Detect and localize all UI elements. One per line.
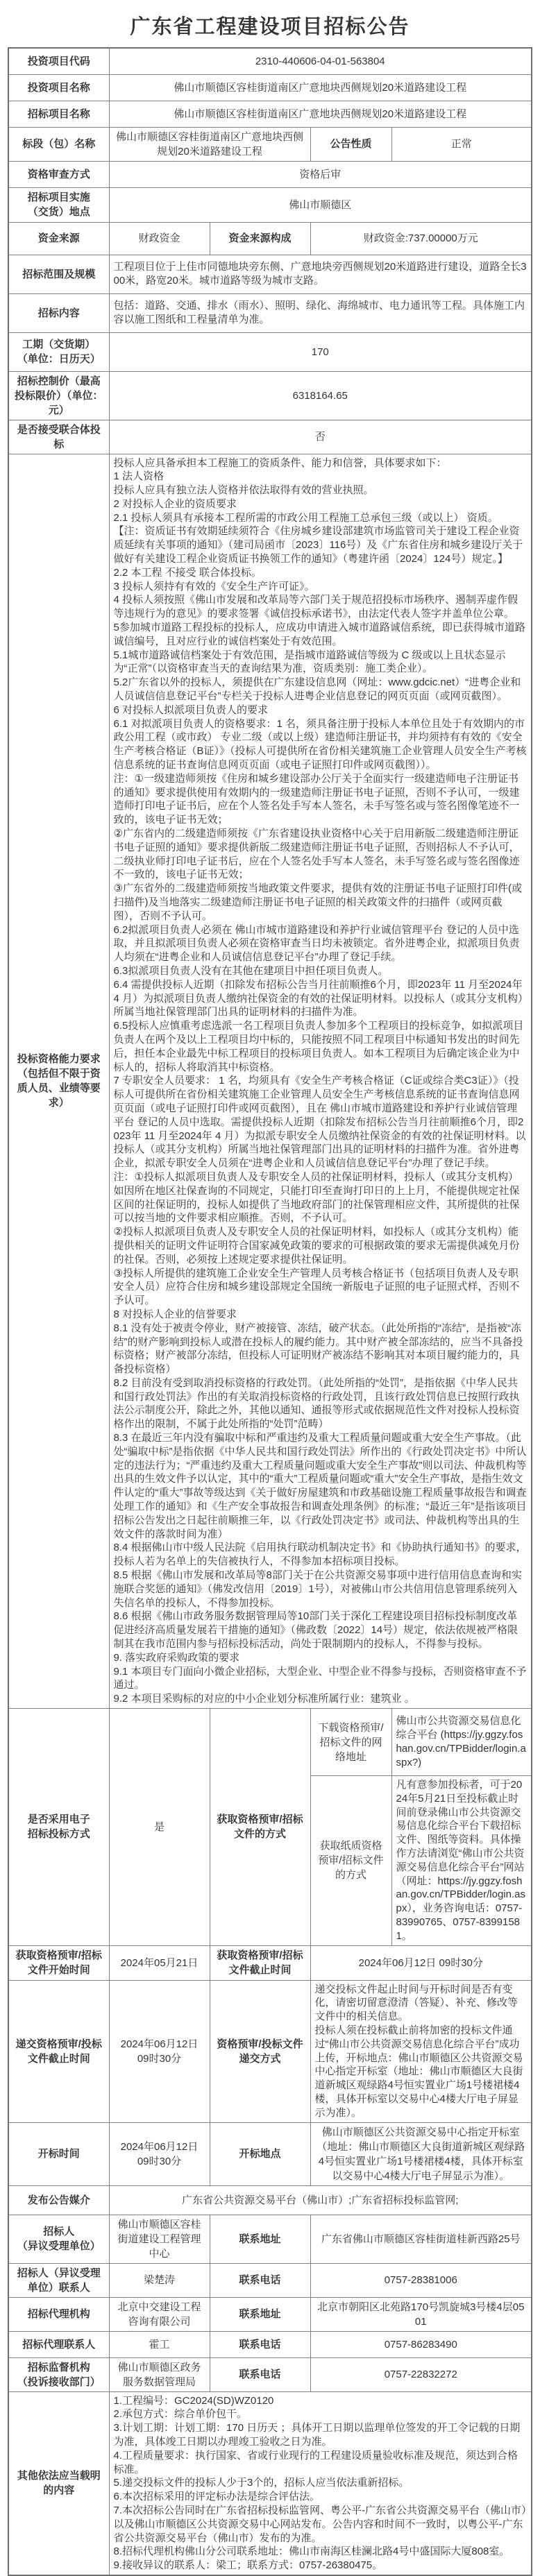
notice-nature-label: 公告性质 [310, 127, 391, 161]
obtain-end-label: 获取资格预审/招标文件截止时间 [210, 1945, 310, 1980]
funding-composition-value: 财政资金:737.00000万元 [310, 222, 532, 255]
duration-label: 工期（交货期） （单位：日历天） [8, 332, 109, 371]
bid-opening-time-label: 开标时间 [8, 2122, 109, 2185]
other-label: 其他依法应当载明的内容 [8, 2391, 109, 2575]
submission-method-label: 资格预审/投标文件递交方式 [210, 1980, 310, 2122]
tenderer-addr-value: 广东省佛山市顺德区容桂街道桂新西路25号 [310, 2215, 532, 2263]
funding-value: 财政资金 [109, 222, 210, 255]
row-agency-contact: 招标代理联系人 霍工 联系电话 0757-86283490 [8, 2331, 532, 2357]
supervision-phone-value: 0757-22832272 [310, 2357, 532, 2391]
bid-opening-time-value: 2024年06月12日 09时30分 [109, 2122, 210, 2185]
agency-label: 招标代理机构 [8, 2297, 109, 2331]
supervision-label: 招标监督机构 （投诉接收部门） [8, 2357, 109, 2391]
e-bidding-value: 是 [109, 1709, 210, 1946]
row-scope: 招标范围及规模 工程项目位于上佳市同德地块旁东侧、广意地块旁西侧规划20米道路进… [8, 255, 532, 293]
agency-addr-value: 北京市朝阳区北苑路170号凯旋城3号楼4层0501 [310, 2297, 532, 2331]
funding-label: 资金来源 [8, 222, 109, 255]
consortium-value: 否 [109, 420, 532, 454]
page-title: 广东省工程建设项目招标公告 [0, 11, 540, 40]
supervision-value: 佛山市顺德区政务服务数据管理局 [109, 2357, 210, 2391]
download-address-value: 佛山市公共资源交易信息化综合平台 (https://jy.ggzy.foshan… [391, 1709, 532, 1776]
row-consortium: 是否接受联合体投标 否 [8, 420, 532, 454]
notice-nature-value: 正常 [391, 127, 532, 161]
submission-deadline-label: 递交资格预审/投标文件截止时间 [8, 1980, 109, 2122]
row-investment-name: 投资项目名称 佛山市顺德区容桂街道南区广意地块西侧规划20米道路建设工程 [8, 74, 532, 101]
media-label: 发布公告媒介 [8, 2185, 109, 2215]
row-e-bidding-download: 是否采用电子 招标投标方式 是 获取资格预审/招标文件的方式 下载资格预审/招标… [8, 1709, 532, 1776]
agency-addr-label: 联系地址 [210, 2297, 310, 2331]
tenderer-phone-label: 联系电话 [210, 2263, 310, 2297]
scope-label: 招标范围及规模 [8, 255, 109, 293]
row-content: 招标内容 包括：道路、交通、排水（雨水）、照明、绿化、海绵城市、电力通讯等工程。… [8, 293, 532, 332]
tenderer-value: 佛山市顺德区容桂街道建设工程管理中心 [109, 2215, 210, 2263]
row-bid-opening: 开标时间 2024年06月12日 09时30分 开标地点 佛山市顺德区公共资源交… [8, 2122, 532, 2185]
tenderer-label: 招标人 （异议受理单位） [8, 2215, 109, 2263]
row-tenderer-contact: 招标人（异议受理单位）联系人 梁楚涛 联系电话 0757-28381006 [8, 2263, 532, 2297]
media-value: 广东省公共资源交易平台（佛山市）;广东省招标投标监管网; [109, 2185, 532, 2215]
other-value: 1.工程编号：GC2024(SD)WZ0120 2.承包方式：综合单价包干。 3… [109, 2391, 532, 2575]
investment-code-value: 2310-440606-04-01-563804 [109, 48, 532, 74]
qualification-review-value: 资格后审 [109, 161, 532, 187]
control-price-label: 招标控制价（最高投标限价）（单位：元） [8, 371, 109, 420]
obtain-start-label: 获取资格预审/招标文件开始时间 [8, 1945, 109, 1980]
investment-name-value: 佛山市顺德区容桂街道南区广意地块西侧规划20米道路建设工程 [109, 74, 532, 101]
content-label: 招标内容 [8, 293, 109, 332]
duration-value: 170 [109, 332, 532, 371]
location-value: 佛山市顺德区 [109, 187, 532, 222]
row-qualification-requirements: 投标资格能力要求（包括但不限于资质人员、业绩等要求） 投标人应具备承担本工程施工… [8, 454, 532, 1709]
funding-composition-label: 资金来源构成 [210, 222, 310, 255]
row-tender-project-name: 招标项目名称 佛山市顺德区容桂街道南区广意地块西侧规划20米道路建设工程 [8, 101, 532, 127]
paper-method-label: 获取纸质资格预审/招标文件的方式 [310, 1776, 391, 1946]
qualification-requirements-value: 投标人应具备承担本工程施工的资质条件、能力和信誉，具体要求如下： 1 法人资格 … [109, 454, 532, 1709]
bid-opening-place-value: 佛山市顺德区公共资源交易中心指定开标室（地址：佛山市顺德区大良街道新城区观绿路4… [310, 2122, 532, 2185]
row-supervision: 招标监督机构 （投诉接收部门） 佛山市顺德区政务服务数据管理局 联系电话 075… [8, 2357, 532, 2391]
bid-opening-place-label: 开标地点 [210, 2122, 310, 2185]
scope-value: 工程项目位于上佳市同德地块旁东侧、广意地块旁西侧规划20米道路进行建设，道路全长… [109, 255, 532, 293]
e-bidding-label: 是否采用电子 招标投标方式 [8, 1709, 109, 1946]
row-section-name: 标段（包）名称 佛山市顺德区容桂街道南区广意地块西侧规划20米道路建设工程 公告… [8, 127, 532, 161]
row-agency: 招标代理机构 北京中交建设工程咨询有限公司 联系地址 北京市朝阳区北苑路170号… [8, 2297, 532, 2331]
submission-deadline-value: 2024年06月12日 09时30分 [109, 1980, 210, 2122]
tender-project-name-value: 佛山市顺德区容桂街道南区广意地块西侧规划20米道路建设工程 [109, 101, 532, 127]
tenderer-contact-label: 招标人（异议受理单位）联系人 [8, 2263, 109, 2297]
investment-name-label: 投资项目名称 [8, 74, 109, 101]
tenderer-contact-value: 梁楚涛 [109, 2263, 210, 2297]
row-duration: 工期（交货期） （单位：日历天） 170 [8, 332, 532, 371]
row-funding: 资金来源 财政资金 资金来源构成 财政资金:737.00000万元 [8, 222, 532, 255]
row-qualification-review: 资格审查方式 资格后审 [8, 161, 532, 187]
row-media: 发布公告媒介 广东省公共资源交易平台（佛山市）;广东省招标投标监管网; [8, 2185, 532, 2215]
row-other: 其他依法应当载明的内容 1.工程编号：GC2024(SD)WZ0120 2.承包… [8, 2391, 532, 2575]
supervision-phone-label: 联系电话 [210, 2357, 310, 2391]
agency-contact-value: 霍工 [109, 2331, 210, 2357]
obtain-start-value: 2024年05月21日 [109, 1945, 210, 1980]
tender-project-name-label: 招标项目名称 [8, 101, 109, 127]
announcement-table: 投资项目代码 2310-440606-04-01-563804 投资项目名称 佛… [8, 47, 532, 2576]
obtain-end-value: 2024年06月12日 09时30分 [310, 1945, 532, 1980]
announcement-page: 广东省工程建设项目招标公告 投资项目代码 2310-440606-04-01-5… [0, 11, 540, 2576]
content-value: 包括：道路、交通、排水（雨水）、照明、绿化、海绵城市、电力通讯等工程。具体施工内… [109, 293, 532, 332]
consortium-label: 是否接受联合体投标 [8, 420, 109, 454]
investment-code-label: 投资项目代码 [8, 48, 109, 74]
row-control-price: 招标控制价（最高投标限价）（单位：元） 6318164.65 [8, 371, 532, 420]
agency-phone-label: 联系电话 [210, 2331, 310, 2357]
qualification-review-label: 资格审查方式 [8, 161, 109, 187]
section-name-value: 佛山市顺德区容桂街道南区广意地块西侧规划20米道路建设工程 [109, 127, 310, 161]
paper-method-value: 凡有意参加投标者，可于2024年5月21日至投标截止时间前登录佛山市公共资源交易… [391, 1776, 532, 1946]
row-investment-code: 投资项目代码 2310-440606-04-01-563804 [8, 48, 532, 74]
obtain-method-label: 获取资格预审/招标文件的方式 [210, 1709, 310, 1946]
agency-phone-value: 0757-86283490 [310, 2331, 532, 2357]
submission-method-value: 递交投标文件起止时间与开标时间是否有变化，请密切留意澄清（答疑）、补充、修改等文… [310, 1980, 532, 2122]
location-label: 招标项目实施 （交货）地点 [8, 187, 109, 222]
section-name-label: 标段（包）名称 [8, 127, 109, 161]
tenderer-phone-value: 0757-28381006 [310, 2263, 532, 2297]
qualification-requirements-label: 投标资格能力要求（包括但不限于资质人员、业绩等要求） [8, 454, 109, 1709]
row-submission: 递交资格预审/投标文件截止时间 2024年06月12日 09时30分 资格预审/… [8, 1980, 532, 2122]
row-tenderer: 招标人 （异议受理单位） 佛山市顺德区容桂街道建设工程管理中心 联系地址 广东省… [8, 2215, 532, 2263]
agency-contact-label: 招标代理联系人 [8, 2331, 109, 2357]
agency-value: 北京中交建设工程咨询有限公司 [109, 2297, 210, 2331]
control-price-value: 6318164.65 [109, 371, 532, 420]
tenderer-addr-label: 联系地址 [210, 2215, 310, 2263]
download-address-label: 下载资格预审/招标文件的网络地址 [310, 1709, 391, 1776]
row-location: 招标项目实施 （交货）地点 佛山市顺德区 [8, 187, 532, 222]
row-obtain-time: 获取资格预审/招标文件开始时间 2024年05月21日 获取资格预审/招标文件截… [8, 1945, 532, 1980]
